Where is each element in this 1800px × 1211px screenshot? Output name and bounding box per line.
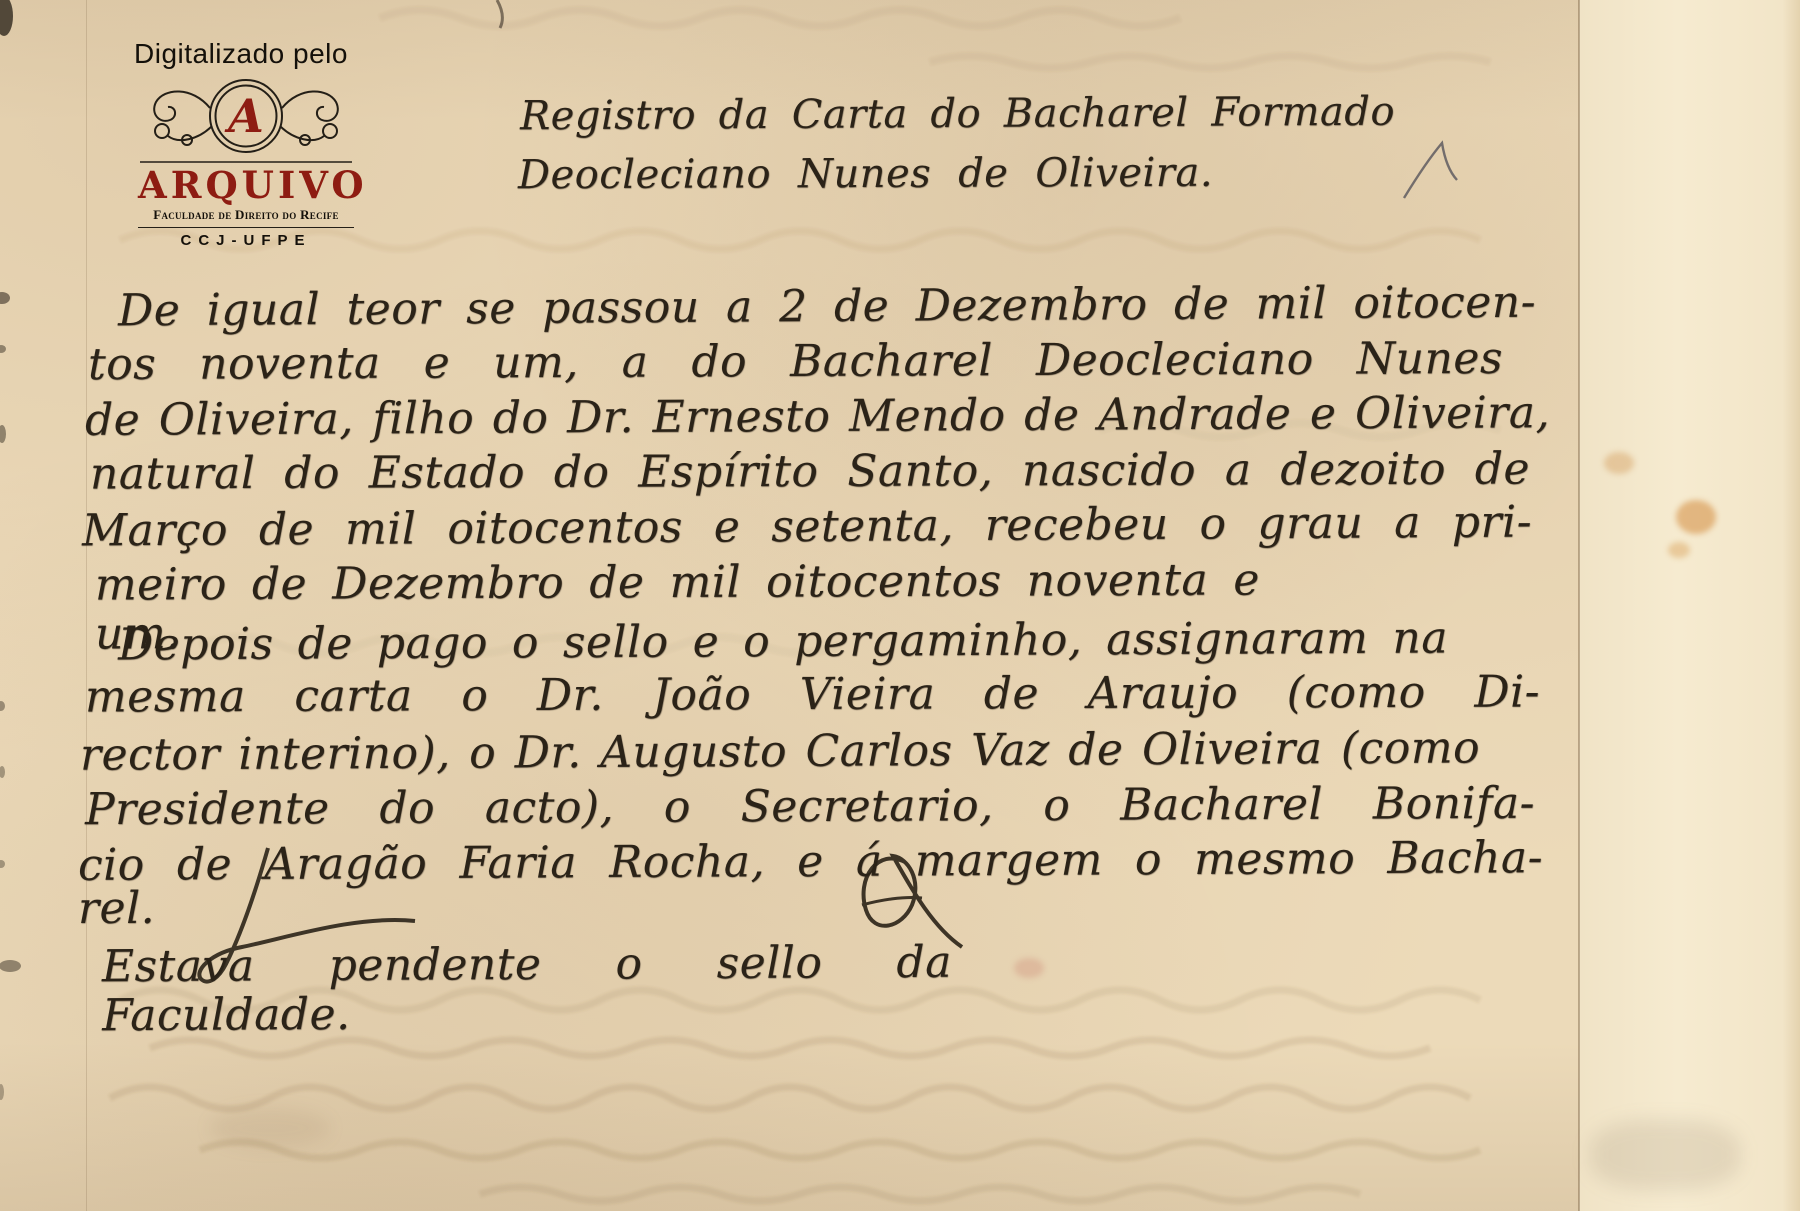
watermark-title: ARQUIVO — [138, 165, 354, 205]
page-edge-marks — [0, 0, 21, 1100]
pen-flourishes — [199, 848, 962, 982]
watermark-text-block: ARQUIVO Faculdade de Direito do Recife C… — [138, 165, 354, 250]
watermark-org: CCJ-UFPE — [138, 232, 354, 250]
scanned-manuscript-page: Digitalizado pelo A ARQUIVO Faculdade de… — [0, 0, 1800, 1211]
watermark-prefix: Digitalizado pelo — [134, 38, 348, 70]
watermark-subtitle: Faculdade de Direito do Recife — [138, 207, 354, 223]
arquivo-monogram-ornament-icon: A — [138, 74, 354, 166]
monogram-letter: A — [224, 89, 264, 143]
checkmark-pen-mark — [1404, 143, 1457, 198]
watermark-divider — [138, 227, 354, 228]
stray-ink-mark — [497, 0, 502, 28]
